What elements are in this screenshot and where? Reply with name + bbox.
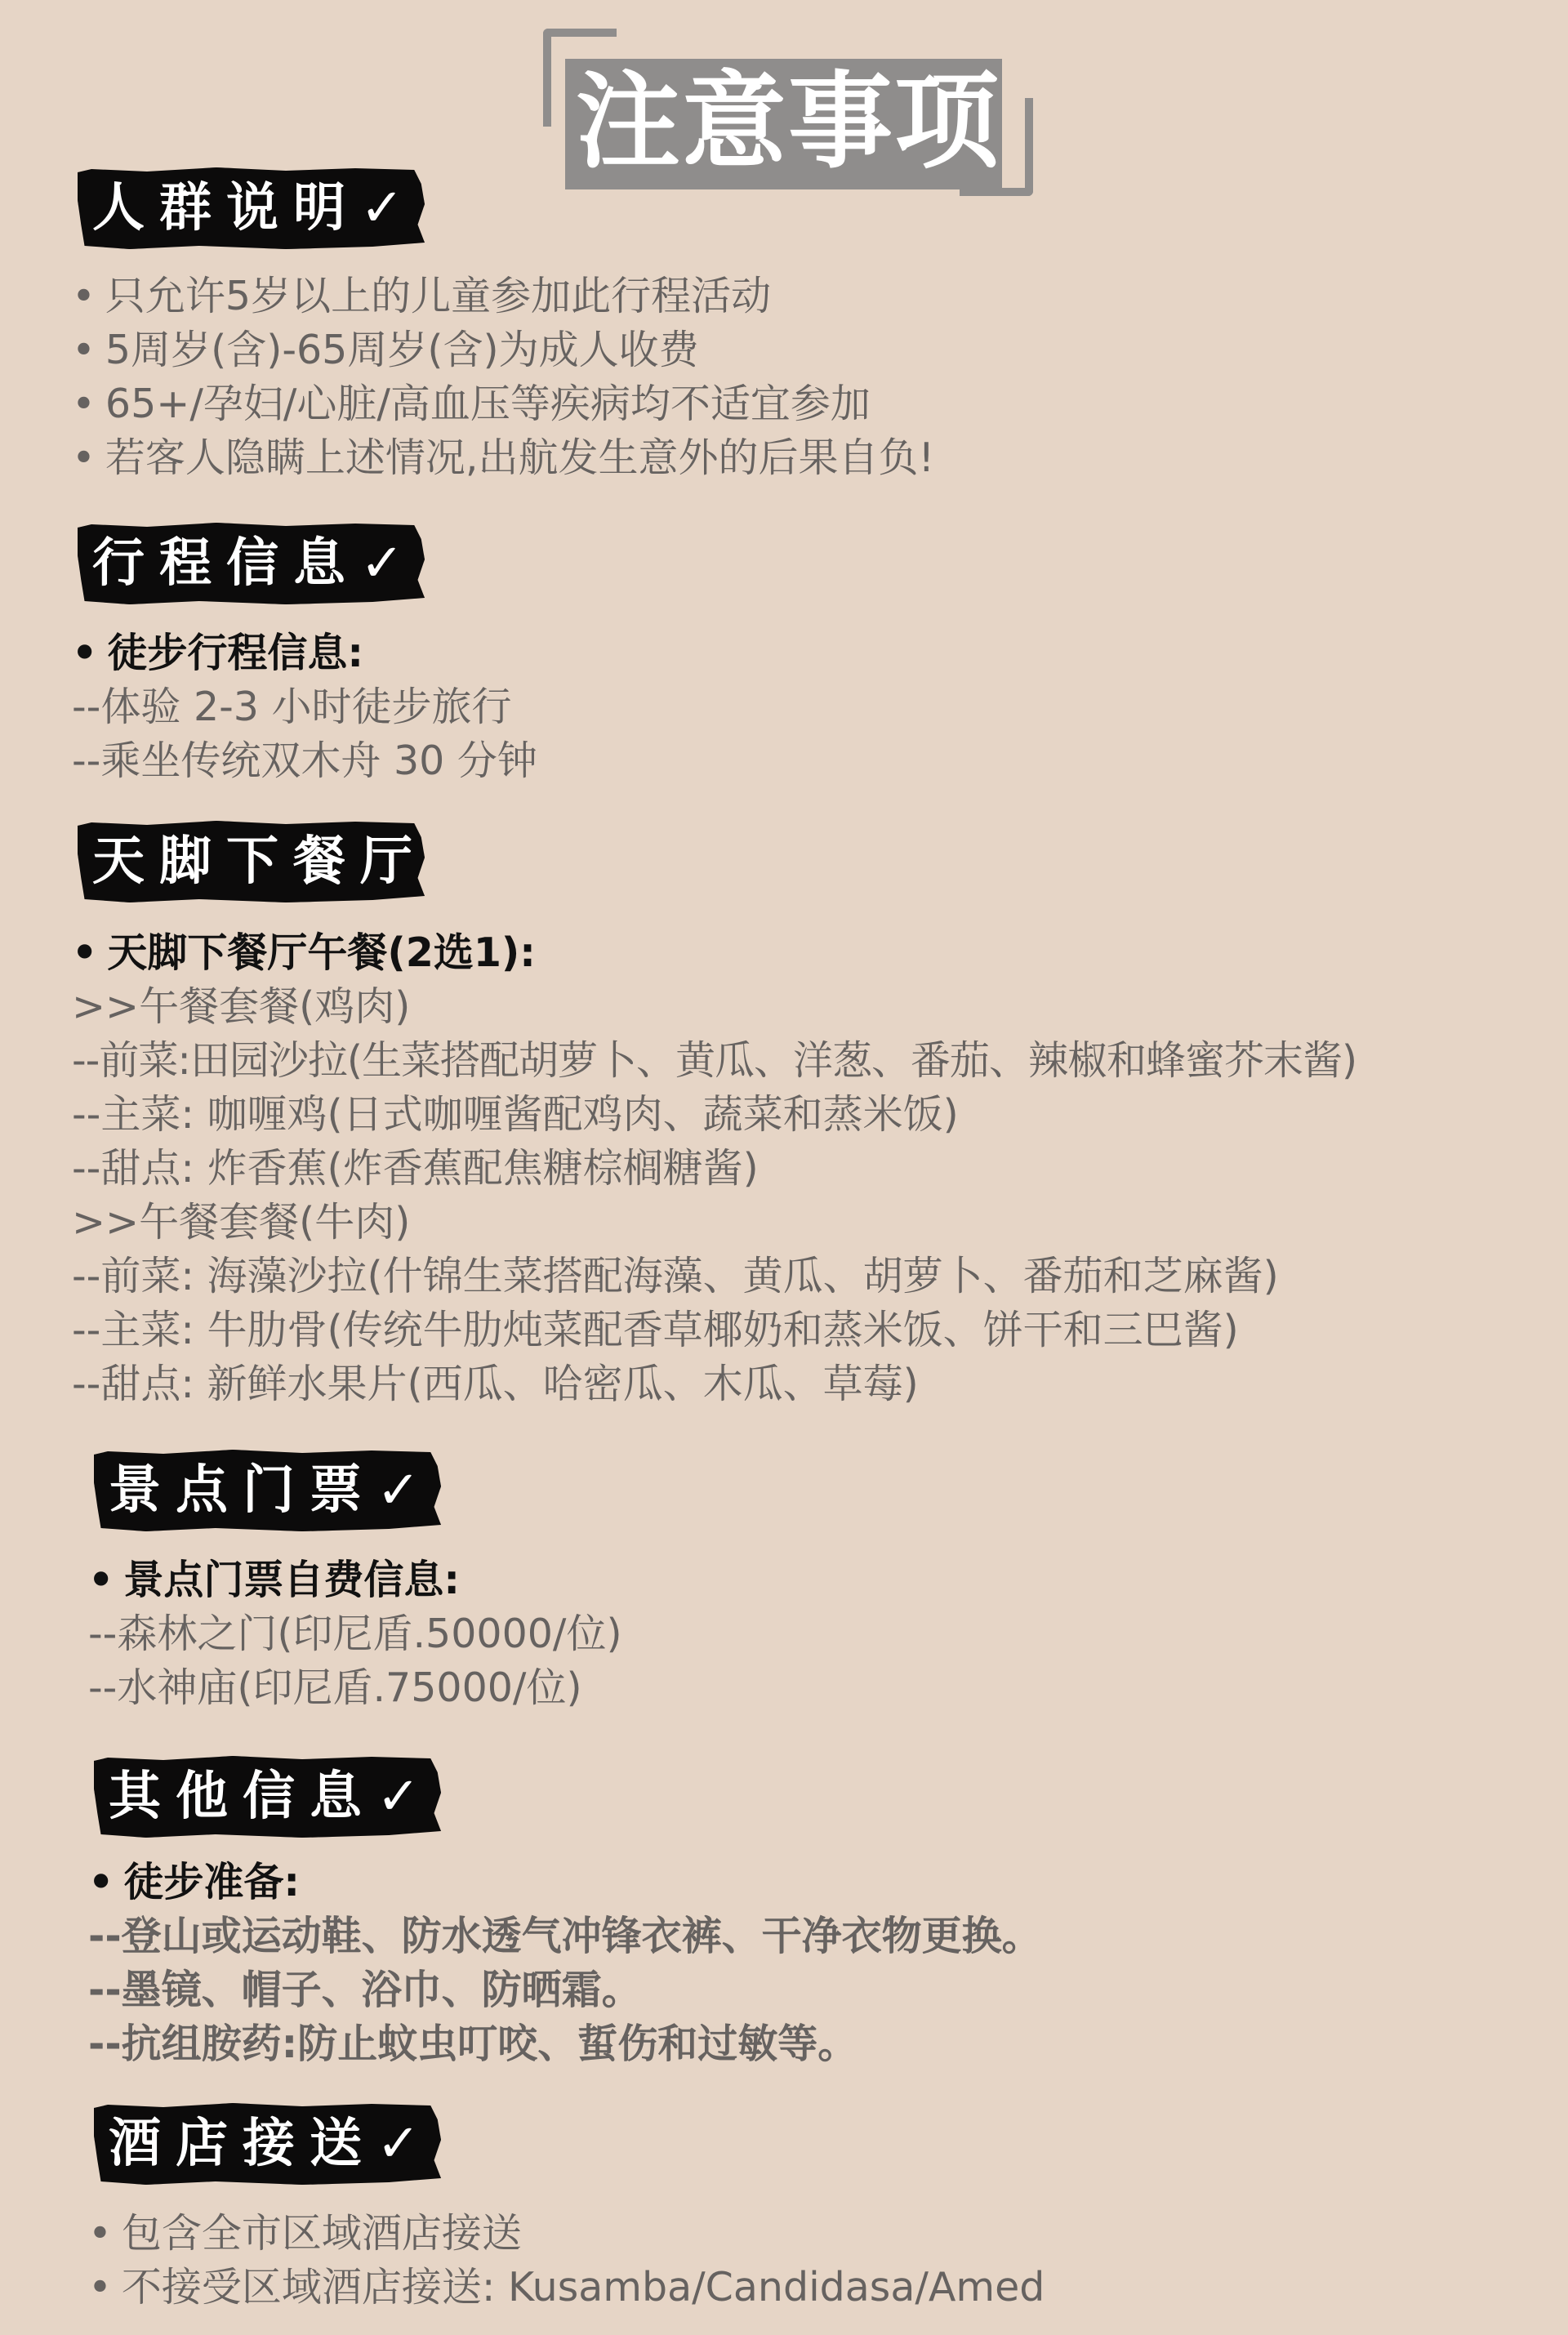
section-header-hotel-transfer: 酒店接送✓: [94, 2103, 441, 2185]
section-header-restaurant: 天脚下餐厅: [78, 821, 425, 902]
list-item: --主菜: 咖喱鸡(日式咖喱酱配鸡肉、蔬菜和蒸米饭): [72, 1090, 959, 1139]
list-item: --甜点: 炸香蕉(炸香蕉配焦糖棕榈糖酱): [72, 1144, 759, 1193]
list-heading: 徒步行程信息:: [72, 629, 363, 678]
list-item: --甜点: 新鲜水果片(西瓜、哈密瓜、木瓜、草莓): [72, 1360, 919, 1409]
page-title-block: 注意事项: [543, 29, 1033, 196]
page-title: 注意事项: [576, 61, 1000, 184]
list-item: --水神庙(印尼盾.75000/位): [88, 1664, 582, 1713]
list-item: 只允许5岁以上的儿童参加此行程活动: [72, 272, 771, 321]
list-item: >>午餐套餐(鸡肉): [72, 983, 410, 1032]
list-item: 不接受区域酒店接送: Kusamba/Candidasa/Amed: [88, 2263, 1045, 2312]
list-heading: 天脚下餐厅午餐(2选1):: [72, 929, 536, 978]
list-heading: 景点门票自费信息:: [88, 1556, 460, 1605]
list-item: 包含全市区域酒店接送: [88, 2209, 522, 2258]
check-icon: ✓: [360, 526, 419, 601]
list-item: --前菜: 海藻沙拉(什锦生菜搭配海藻、黄瓜、胡萝卜、番茄和芝麻酱): [72, 1252, 1279, 1301]
list-item: --乘坐传统双木舟 30 分钟: [72, 737, 537, 786]
check-icon: ✓: [376, 1759, 435, 1834]
section-header-label: 天脚下餐厅: [92, 831, 427, 892]
list-item: --抗组胺药:防止蚊虫叮咬、蜇伤和过敏等。: [88, 2020, 857, 2069]
check-icon: ✓: [376, 2106, 435, 2181]
list-item: --墨镜、帽子、浴巾、防晒霜。: [88, 1966, 642, 2015]
section-header-label: 行程信息: [92, 533, 360, 594]
list-item: --登山或运动鞋、防水透气冲锋衣裤、干净衣物更换。: [88, 1912, 1042, 1961]
section-header-label: 其他信息: [109, 1767, 376, 1827]
section-header-tickets: 景点门票✓: [94, 1450, 441, 1531]
section-header-label: 酒店接送: [109, 2114, 376, 2174]
list-item: 5周岁(含)-65周岁(含)为成人收费: [72, 326, 699, 375]
list-item: --前菜:田园沙拉(生菜搭配胡萝卜、黄瓜、洋葱、番茄、辣椒和蜂蜜芥末酱): [72, 1036, 1356, 1085]
list-item: --体验 2-3 小时徒步旅行: [72, 683, 512, 732]
list-item: >>午餐套餐(牛肉): [72, 1198, 410, 1247]
section-header-label: 人群说明: [92, 178, 360, 238]
section-header-audience: 人群说明✓: [78, 167, 425, 249]
section-header-itinerary: 行程信息✓: [78, 523, 425, 604]
check-icon: ✓: [376, 1453, 435, 1528]
section-header-label: 景点门票: [109, 1460, 376, 1521]
check-icon: ✓: [360, 171, 419, 246]
list-item: 65+/孕妇/心脏/高血压等疾病均不适宜参加: [72, 380, 871, 429]
list-item: --森林之门(印尼盾.50000/位): [88, 1610, 622, 1659]
list-item: 若客人隐瞒上述情况,出航发生意外的后果自负!: [72, 434, 934, 483]
list-item: --主菜: 牛肋骨(传统牛肋炖菜配香草椰奶和蒸米饭、饼干和三巴酱): [72, 1306, 1239, 1355]
section-header-other-info: 其他信息✓: [94, 1756, 441, 1838]
list-heading: 徒步准备:: [88, 1858, 300, 1907]
